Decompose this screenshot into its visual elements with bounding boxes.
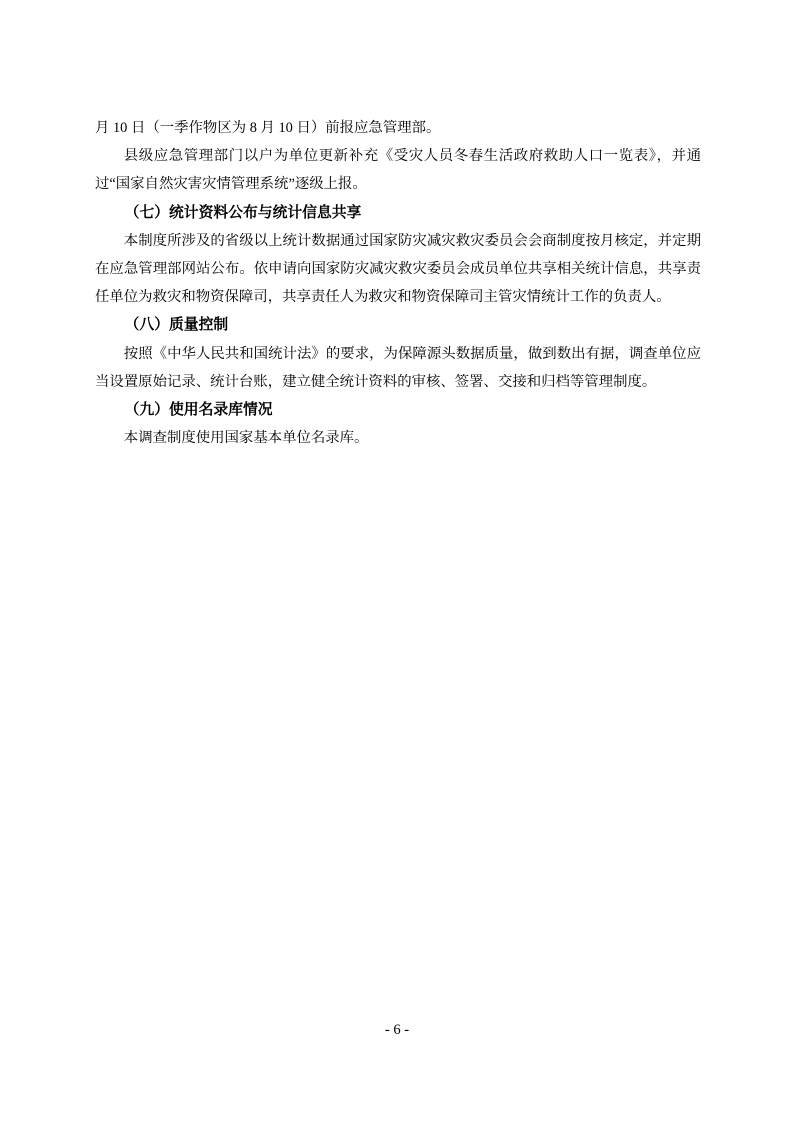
paragraph: 本调查制度使用国家基本单位名录库。 [95, 424, 701, 452]
paragraph: 本制度所涉及的省级以上统计数据通过国家防灾减灾救灾委员会会商制度按月核定，并定期… [95, 227, 701, 312]
paragraph: 按照《中华人民共和国统计法》的要求，为保障源头数据质量，做到数出有据，调查单位应… [95, 340, 701, 396]
section-heading-9: （九）使用名录库情况 [95, 396, 701, 424]
document-body: 月 10 日（一季作物区为 8 月 10 日）前报应急管理部。 县级应急管理部门… [95, 114, 701, 452]
section-heading-7: （七）统计资料公布与统计信息共享 [95, 199, 701, 227]
paragraph: 县级应急管理部门以户为单位更新补充《受灾人员冬春生活政府救助人口一览表》，并通过… [95, 142, 701, 198]
paragraph-continuation: 月 10 日（一季作物区为 8 月 10 日）前报应急管理部。 [95, 114, 701, 142]
document-page: 月 10 日（一季作物区为 8 月 10 日）前报应急管理部。 县级应急管理部门… [0, 0, 794, 1122]
section-heading-8: （八）质量控制 [95, 311, 701, 339]
page-number: - 6 - [0, 1020, 794, 1040]
